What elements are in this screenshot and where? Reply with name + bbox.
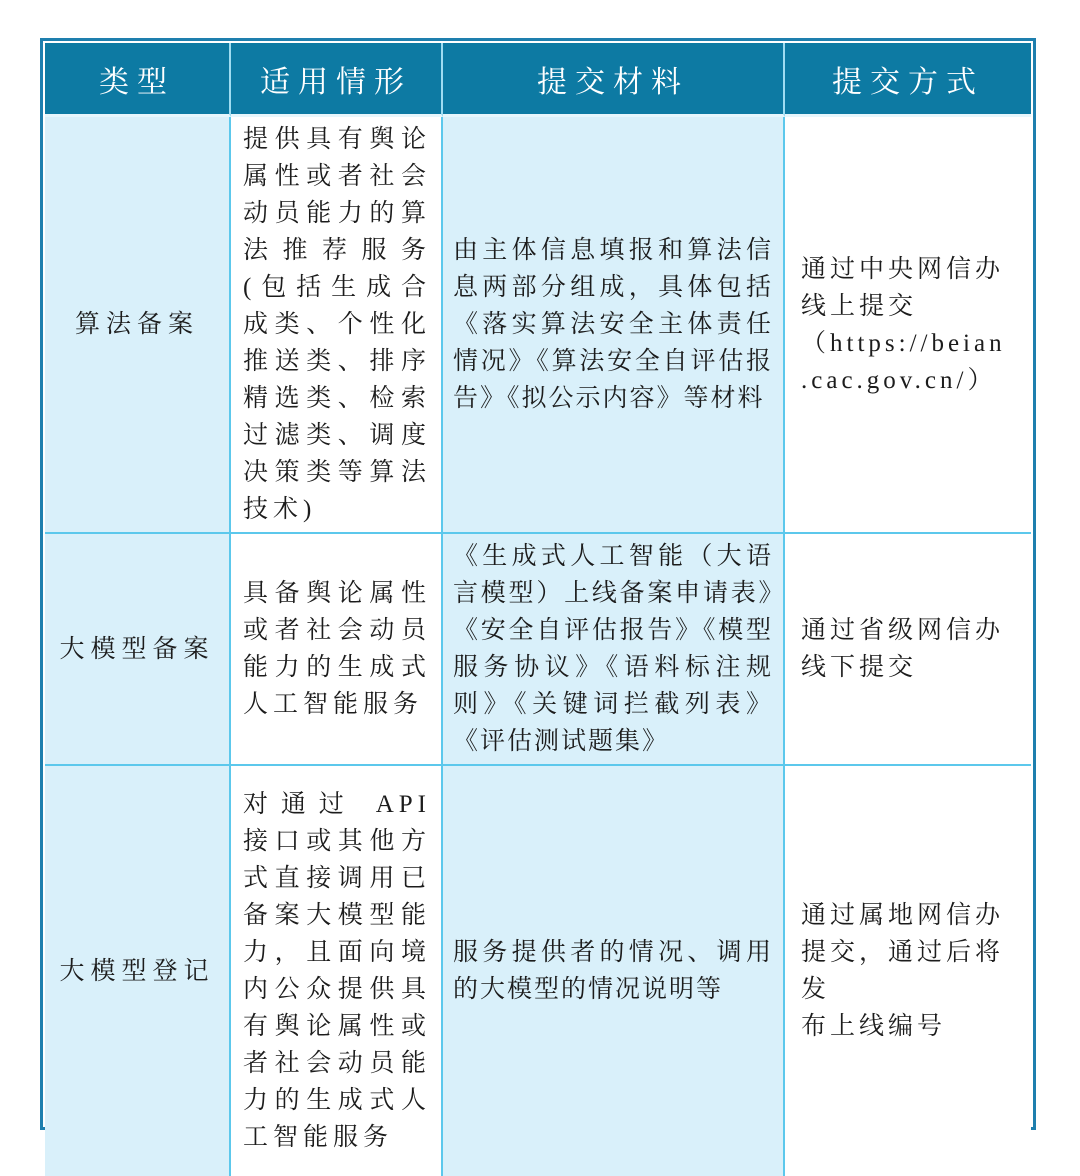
col-header-method: 提交方式 [785,43,1031,117]
cell-type: 大模型备案 [45,534,231,766]
cell-method: 通过属地网信办 提交，通过后将发 布上线编号 [785,766,1031,1176]
cell-type: 算法备案 [45,117,231,534]
cell-materials: 由主体信息填报和算法信息两部分组成，具体包括《落实算法安全主体责任情况》《算法安… [443,117,785,534]
header-row: 类型 适用情形 提交材料 提交方式 [45,43,1031,117]
col-header-situation: 适用情形 [231,43,443,117]
cell-situation: 具备舆论属性或者社会动员能力的生成式人工智能服务 [231,534,443,766]
cell-materials: 《生成式人工智能（大语言模型）上线备案申请表》《安全自评估报告》《模型服务协议》… [443,534,785,766]
cell-type: 大模型登记 [45,766,231,1176]
col-header-type: 类型 [45,43,231,117]
cell-situation: 提供具有舆论属性或者社会动员能力的算法推荐服务(包括生成合成类、个性化推送类、排… [231,117,443,534]
table-row: 大模型备案 具备舆论属性或者社会动员能力的生成式人工智能服务 《生成式人工智能（… [45,534,1031,766]
cell-situation: 对通过 API 接口或其他方式直接调用已备案大模型能力，且面向境内公众提供具有舆… [231,766,443,1176]
cell-materials: 服务提供者的情况、调用的大模型的情况说明等 [443,766,785,1176]
col-header-materials: 提交材料 [443,43,785,117]
filing-table-container: 类型 适用情形 提交材料 提交方式 算法备案 提供具有舆论属性或者社会动员能力的… [40,38,1036,1130]
table-row: 算法备案 提供具有舆论属性或者社会动员能力的算法推荐服务(包括生成合成类、个性化… [45,117,1031,534]
filing-table: 类型 适用情形 提交材料 提交方式 算法备案 提供具有舆论属性或者社会动员能力的… [45,43,1031,1176]
table-row: 大模型登记 对通过 API 接口或其他方式直接调用已备案大模型能力，且面向境内公… [45,766,1031,1176]
cell-method: 通过中央网信办 线上提交 （https://beian .cac.gov.cn/… [785,117,1031,534]
cell-method: 通过省级网信办 线下提交 [785,534,1031,766]
